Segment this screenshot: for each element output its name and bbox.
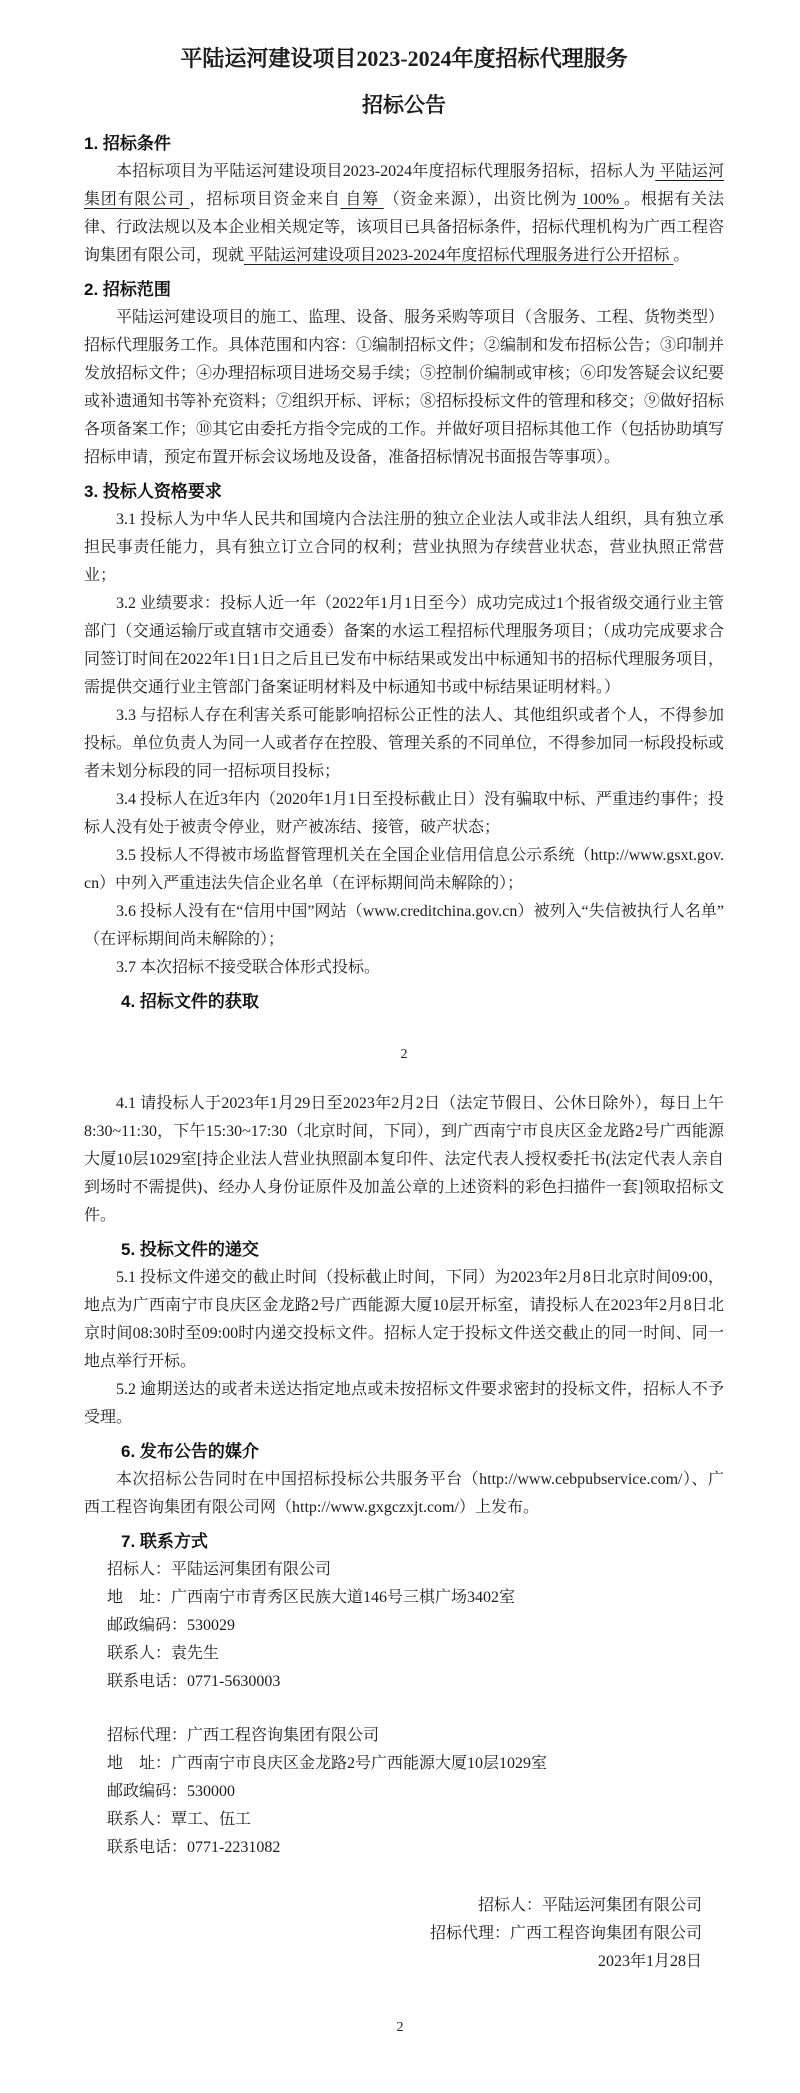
underlined-field-value: 100% (577, 191, 624, 208)
section-4-item-1: 4.1 请投标人于2023年1月29日至2023年2月2日（法定节假日、公休日除… (84, 1090, 724, 1230)
section-1-heading: 1. 招标条件 (84, 130, 724, 158)
page-number-middle: 2 (84, 1046, 724, 1064)
agent-contact-line: 联系人：覃工、伍工 (84, 1806, 724, 1834)
section-3-item-2: 3.2 业绩要求：投标人近一年（2022年1月1日至今）成功完成过1个报省级交通… (84, 590, 724, 702)
section-2-paragraph: 平陆运河建设项目的施工、监理、设备、服务采购等项目（含服务、工程、货物类型）招标… (84, 304, 724, 472)
tenderer-postcode-line: 邮政编码：530029 (84, 1612, 724, 1640)
tender-notice-document: 平陆运河建设项目2023-2024年度招标代理服务 招标公告 1. 招标条件 本… (0, 0, 800, 2093)
signature-agent-line: 招标代理：广西工程咨询集团有限公司 (84, 1920, 702, 1948)
document-subtitle: 招标公告 (84, 90, 724, 120)
underlined-field-value: 自筹 (341, 191, 384, 208)
agent-name-line: 招标代理：广西工程咨询集团有限公司 (84, 1722, 724, 1750)
section-7-heading: 7. 联系方式 (84, 1528, 724, 1556)
section-4-heading: 4. 招标文件的获取 (84, 988, 724, 1016)
section-3-item-7: 3.7 本次招标不接受联合体形式投标。 (84, 954, 724, 982)
section-6-paragraph: 本次招标公告同时在中国招标投标公共服务平台（http://www.cebpubs… (84, 1466, 724, 1522)
section-3-item-1: 3.1 投标人为中华人民共和国境内合法注册的独立企业法人或非法人组织，具有独立承… (84, 506, 724, 590)
agent-phone-line: 联系电话：0771-2231082 (84, 1834, 724, 1862)
paragraph-text: （资金来源），出资比例为 (384, 191, 577, 208)
tenderer-phone-line: 联系电话：0771-5630003 (84, 1668, 724, 1696)
signature-date-line: 2023年1月28日 (84, 1948, 702, 1976)
tenderer-address-line: 地 址：广西南宁市青秀区民族大道146号三棋广场3402室 (84, 1584, 724, 1612)
section-3-item-5: 3.5 投标人不得被市场监督管理机关在全国企业信用信息公示系统（http://w… (84, 842, 724, 898)
paragraph-text: ，招标项目资金来自 (190, 191, 341, 208)
section-5-item-2: 5.2 逾期送达的或者未送达指定地点或未按招标文件要求密封的投标文件，招标人不予… (84, 1376, 724, 1432)
paragraph-text: 。 (673, 247, 689, 264)
section-3-heading: 3. 投标人资格要求 (84, 478, 724, 506)
section-3-item-6: 3.6 投标人没有在“信用中国”网站（www.creditchina.gov.c… (84, 898, 724, 954)
contact-block-gap (84, 1696, 724, 1722)
section-2-heading: 2. 招标范围 (84, 276, 724, 304)
section-3-item-3: 3.3 与招标人存在利害关系可能影响招标公正性的法人、其他组织或者个人，不得参加… (84, 702, 724, 786)
agent-postcode-line: 邮政编码：530000 (84, 1778, 724, 1806)
document-title: 平陆运河建设项目2023-2024年度招标代理服务 (84, 44, 724, 74)
section-6-heading: 6. 发布公告的媒介 (84, 1438, 724, 1466)
signature-tenderer-line: 招标人：平陆运河集团有限公司 (84, 1892, 702, 1920)
paragraph-text: 本招标项目为平陆运河建设项目2023-2024年度招标代理服务招标，招标人为 (116, 163, 655, 180)
underlined-field-value: 平陆运河建设项目2023-2024年度招标代理服务进行公开招标 (244, 247, 673, 264)
agent-address-line: 地 址：广西南宁市良庆区金龙路2号广西能源大厦10层1029室 (84, 1750, 724, 1778)
signature-block: 招标人：平陆运河集团有限公司 招标代理：广西工程咨询集团有限公司 2023年1月… (84, 1892, 724, 1976)
section-3-item-4: 3.4 投标人在近3年内（2020年1月1日至投标截止日）没有骗取中标、严重违约… (84, 786, 724, 842)
section-1-paragraph: 本招标项目为平陆运河建设项目2023-2024年度招标代理服务招标，招标人为 平… (84, 158, 724, 270)
section-5-heading: 5. 投标文件的递交 (84, 1236, 724, 1264)
tenderer-contact-line: 联系人：袁先生 (84, 1640, 724, 1668)
tenderer-name-line: 招标人：平陆运河集团有限公司 (84, 1556, 724, 1584)
section-5-item-1: 5.1 投标文件递交的截止时间（投标截止时间，下同）为2023年2月8日北京时间… (84, 1264, 724, 1376)
document-page: { "document": { "title": "平陆运河建设项目2023-2… (0, 0, 800, 2093)
page-number-bottom: 2 (0, 2021, 800, 2035)
